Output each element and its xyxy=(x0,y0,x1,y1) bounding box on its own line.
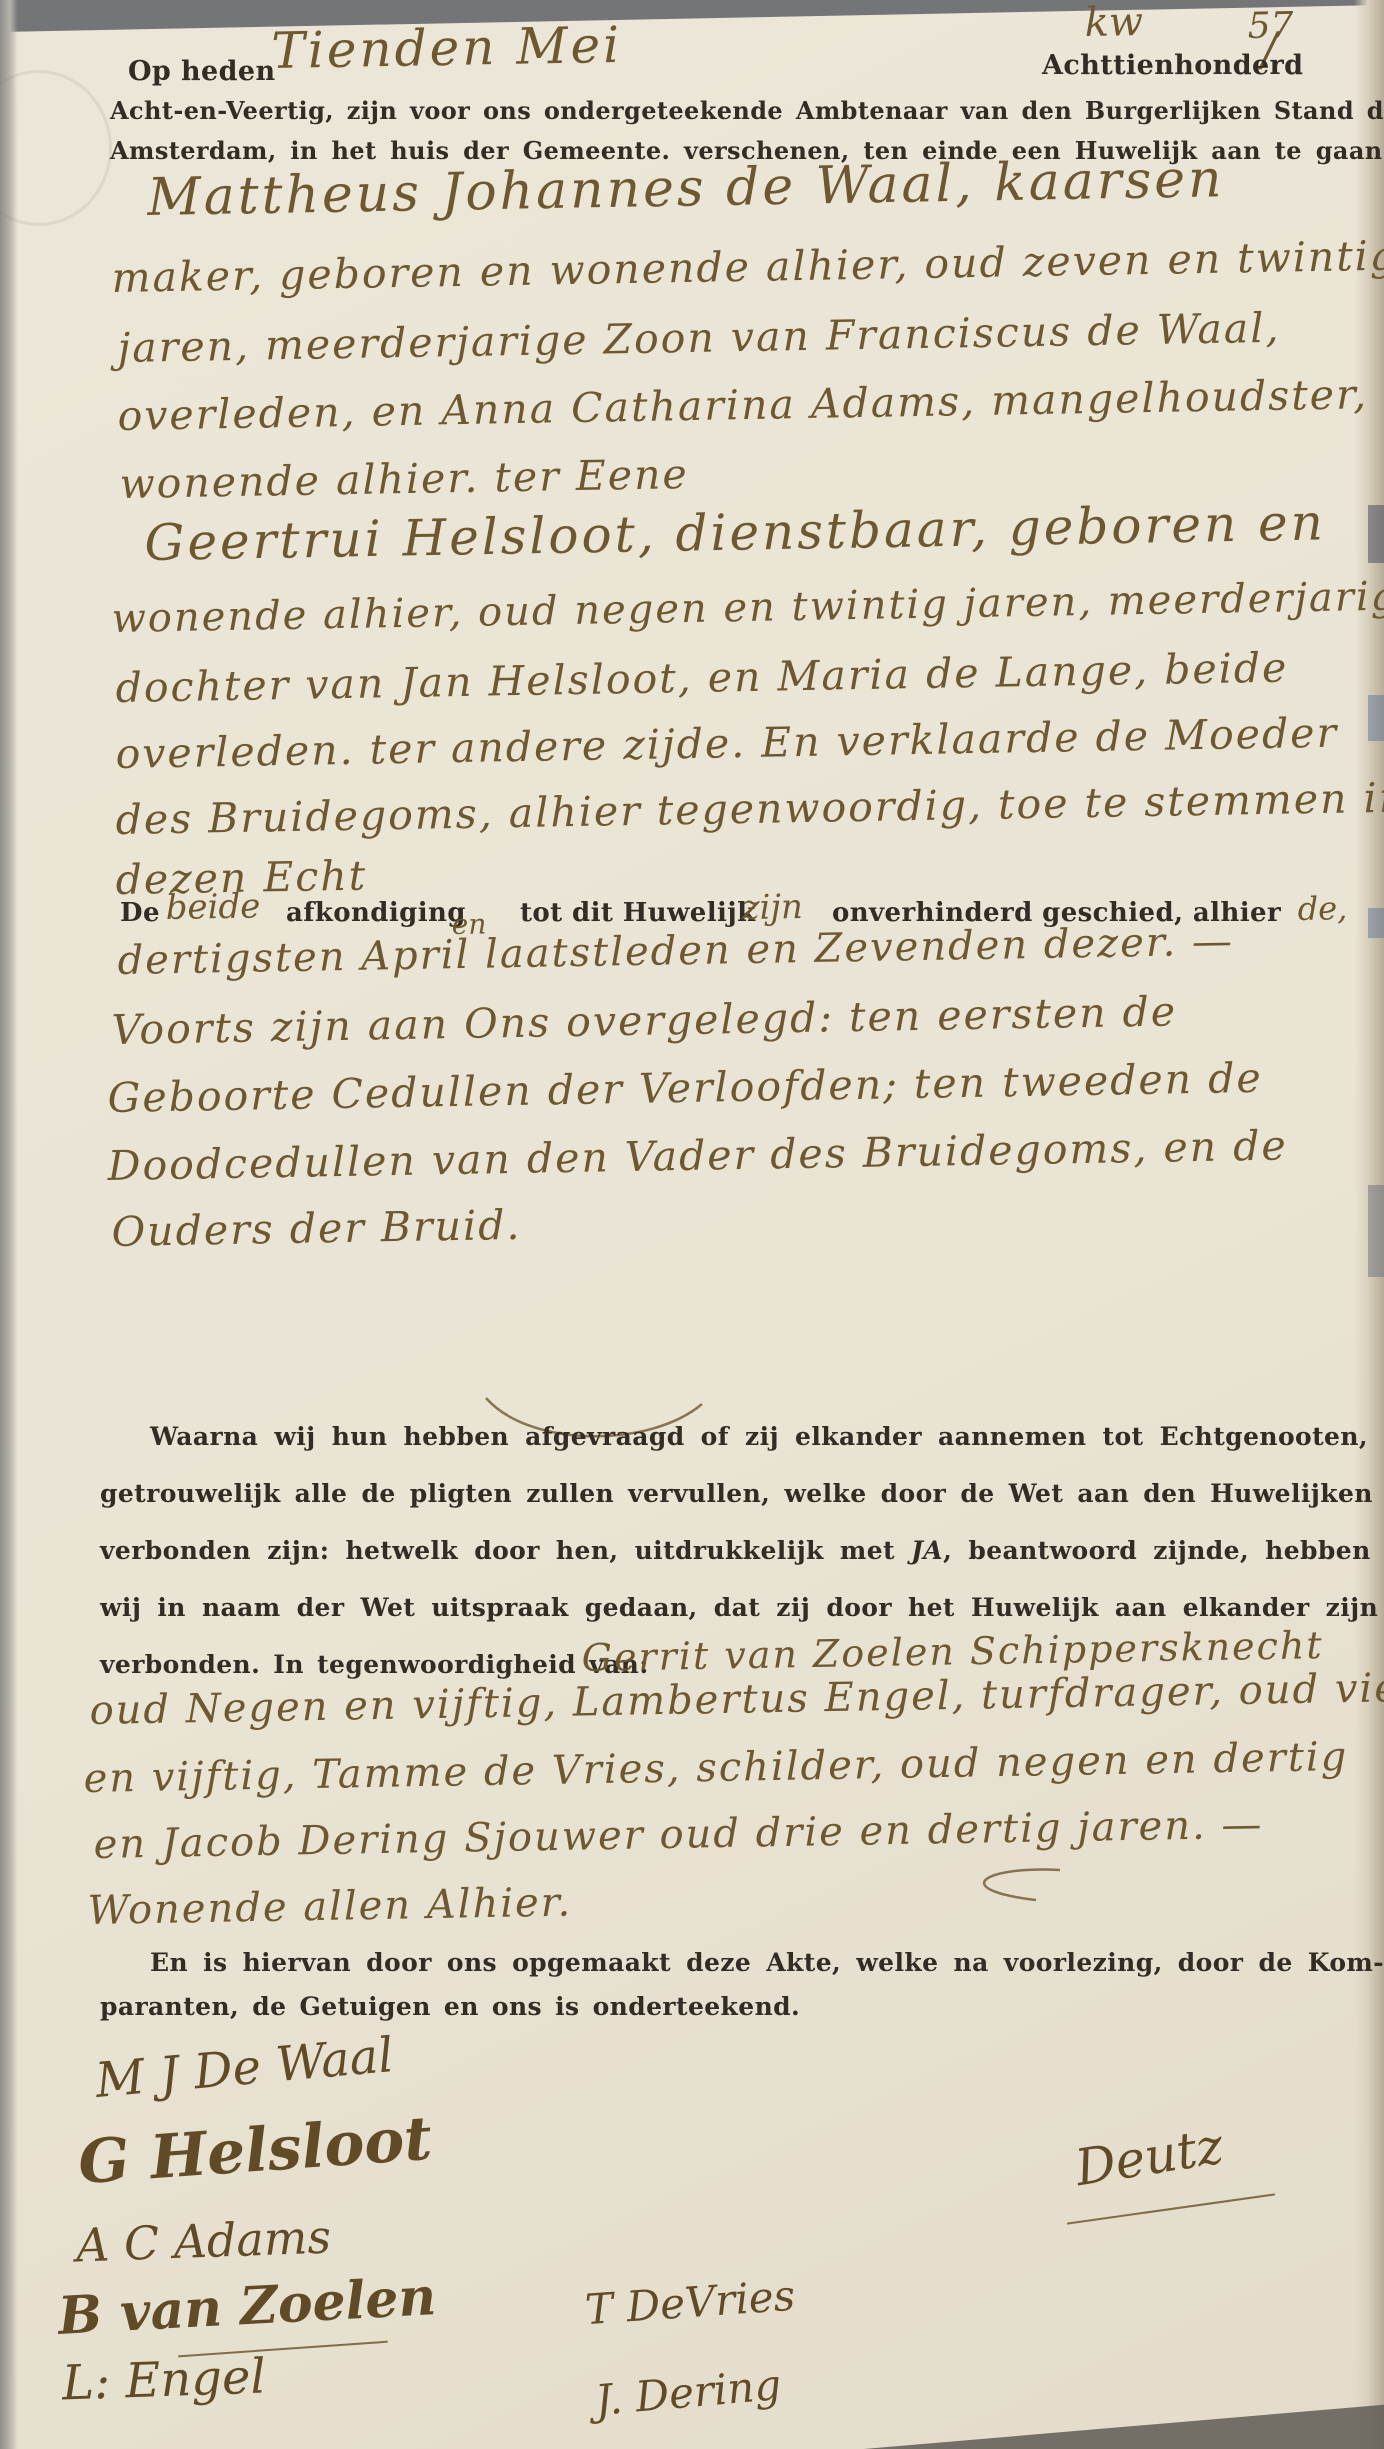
signature-witness-engel: L: Engel xyxy=(61,2348,267,2411)
handwritten-line: overleden. ter andere zijde. En verklaar… xyxy=(115,709,1338,778)
marriage-certificate-page: kw 57 / Op heden Tienden Mei Achttienhon… xyxy=(0,0,1384,2449)
printed-header-line2: Acht-en-Veertig, zijn voor ons ondergete… xyxy=(110,96,1384,125)
page-left-edge xyxy=(0,0,18,2449)
handwritten-line-bride-name: Geertrui Helsloot, dienstbaar, geboren e… xyxy=(144,493,1326,572)
gutter-tab xyxy=(1368,505,1384,563)
gutter-tab xyxy=(1368,1185,1384,1277)
printed-vows-line3-post: , beantwoord zijnde, hebben xyxy=(943,1536,1371,1565)
handwritten-line: en vijftig, Tamme de Vries, schilder, ou… xyxy=(83,1734,1348,1802)
signature-witness-devries: T DeVries xyxy=(584,2271,797,2335)
signature-groom: M J De Waal xyxy=(93,2027,396,2109)
printed-de: De xyxy=(120,898,160,928)
printed-vows-line2: getrouwelijk alle de pligten zullen verv… xyxy=(100,1479,1384,1508)
printed-in-tegenwoordigheid: verbonden. In tegenwoordigheid van: xyxy=(100,1650,649,1679)
signature-witness-van-zoelen: B van Zoelen xyxy=(57,2266,438,2347)
margin-mark: kw xyxy=(1084,0,1143,46)
printed-afkondiging: afkondiging xyxy=(286,898,466,928)
embossed-seal xyxy=(0,70,112,226)
photo-bottom-corner xyxy=(864,2395,1384,2449)
printed-tot-dit-huwelijk: tot dit Huwelijk xyxy=(520,898,756,928)
printed-closing-line2: paranten, de Getuigen en ons is ondertee… xyxy=(100,1992,800,2021)
handwritten-line: dertigsten April laatstleden en Zevenden… xyxy=(117,919,1234,984)
gutter-tab xyxy=(1368,908,1384,938)
handwritten-line: Doodcedullen van den Vader des Bruidegom… xyxy=(107,1121,1288,1190)
signature-witness-dering: J. Dering xyxy=(593,2360,783,2425)
handwritten-zijn: zijn xyxy=(741,887,803,928)
handwritten-line: overleden, en Anna Catharina Adams, mang… xyxy=(117,370,1368,440)
signature-official: Deutz xyxy=(1071,2117,1227,2197)
printed-vows-line3: verbonden zijn: hetwelk door hen, uitdru… xyxy=(100,1536,1371,1565)
handwritten-line: Geboorte Cedullen der Verloofden; ten tw… xyxy=(107,1054,1263,1122)
photo-top-edge xyxy=(0,0,1384,34)
flourish-stroke xyxy=(940,1864,1070,1908)
signature-mother: A C Adams xyxy=(75,2210,332,2273)
handwritten-line: Voorts zijn aan Ons overgelegd: ten eers… xyxy=(111,987,1177,1054)
printed-vows-line1: Waarna wij hun hebben afgevraagd of zij … xyxy=(150,1422,1384,1451)
handwritten-line: jaren, meerderjarige Zoon van Franciscus… xyxy=(117,304,1281,372)
handwritten-line: Ouders der Bruid. xyxy=(111,1201,522,1256)
printed-year: Achttienhonderd xyxy=(1042,50,1303,81)
signature-bride: G Helsloot xyxy=(76,2104,434,2199)
handwritten-line: des Bruidegoms, alhier tegenwoordig, toe… xyxy=(115,773,1384,844)
gutter-tab xyxy=(1368,695,1384,741)
handwritten-line: wonende alhier, oud negen en twintig jar… xyxy=(111,573,1384,642)
handwritten-line: dochter van Jan Helsloot, en Maria de La… xyxy=(115,644,1289,712)
printed-op-heden: Op heden xyxy=(128,56,276,87)
signature-underline xyxy=(1067,2193,1275,2224)
handwritten-line: en Jacob Dering Sjouwer oud drie en dert… xyxy=(93,1802,1264,1868)
printed-vows-line3-pre: verbonden zijn: hetwelk door hen, uitdru… xyxy=(100,1536,895,1565)
printed-vows-line4: wij in naam der Wet uitspraak gedaan, da… xyxy=(100,1593,1378,1622)
printed-ja-emphasis: JA xyxy=(911,1536,943,1565)
handwritten-line: wonende alhier. ter Eene xyxy=(119,450,689,508)
handwritten-line: Wonende allen Alhier. xyxy=(87,1880,572,1934)
handwritten-beide: beide xyxy=(165,886,260,928)
handwritten-line: maker, geboren en wonende alhier, oud ze… xyxy=(111,232,1384,302)
handwritten-date: Tienden Mei xyxy=(271,16,623,80)
printed-closing-line1: En is hiervan door ons opgemaakt deze Ak… xyxy=(150,1948,1384,1977)
handwritten-de-suffix: de, xyxy=(1297,889,1347,928)
